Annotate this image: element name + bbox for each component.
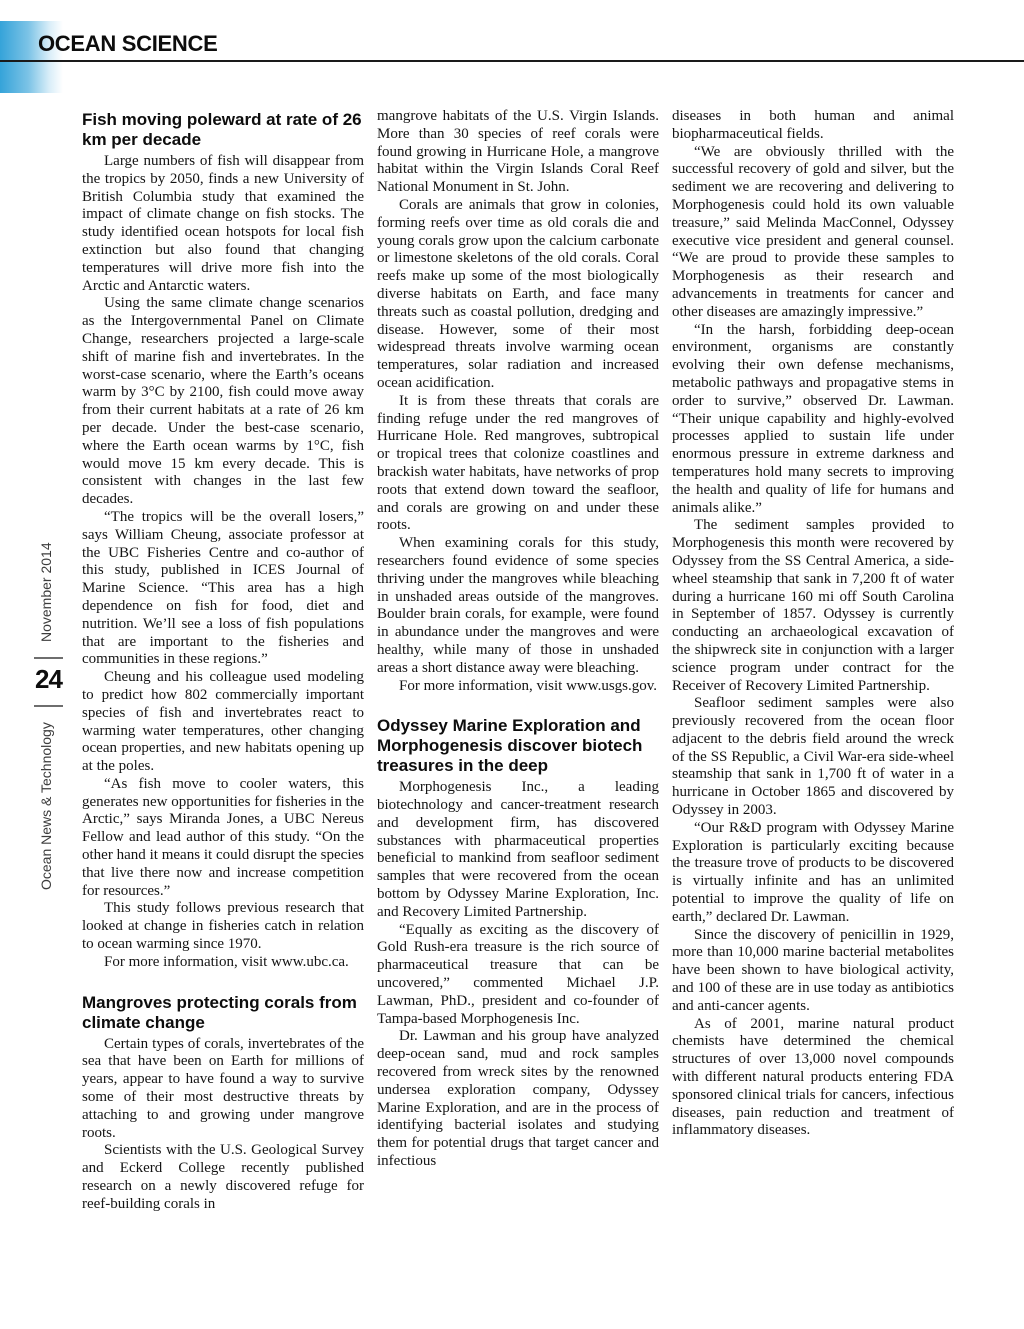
article-paragraph: As of 2001, marine natural product chemi… xyxy=(672,1016,954,1141)
text-column-2: mangrove habitats of the U.S. Virgin Isl… xyxy=(377,108,659,1214)
article-heading: Fish moving poleward at rate of 26 km pe… xyxy=(82,110,364,150)
article-paragraph: “The tropics will be the overall losers,… xyxy=(82,509,364,669)
article-paragraph: When examining corals for this study, re… xyxy=(377,535,659,677)
publication-name: Ocean News & Technology xyxy=(38,716,54,896)
article-paragraph: Large numbers of fish will disappear fro… xyxy=(82,153,364,295)
article-paragraph: For more information, visit www.ubc.ca. xyxy=(82,954,364,972)
text-column-1: Fish moving poleward at rate of 26 km pe… xyxy=(82,108,364,1214)
article-paragraph: Scientists with the U.S. Geological Surv… xyxy=(82,1142,364,1213)
rail-divider-top xyxy=(34,657,63,659)
article-heading: Mangroves protecting corals from climate… xyxy=(82,993,364,1033)
article-paragraph: mangrove habitats of the U.S. Virgin Isl… xyxy=(377,108,659,197)
article-paragraph: Morphogenesis Inc., a leading biotechnol… xyxy=(377,779,659,921)
article-paragraph: Corals are animals that grow in colonies… xyxy=(377,197,659,393)
article-paragraph: “As fish move to cooler waters, this gen… xyxy=(82,776,364,901)
article-paragraph: diseases in both human and animal biopha… xyxy=(672,108,954,144)
article-paragraph: For more information, visit www.usgs.gov… xyxy=(377,678,659,696)
sidebar-rail: November 2014 24 Ocean News & Technology xyxy=(0,0,80,1329)
article-paragraph: “In the harsh, forbidding deep-ocean env… xyxy=(672,322,954,518)
article-paragraph: Dr. Lawman and his group have analyzed d… xyxy=(377,1028,659,1170)
issue-date: November 2014 xyxy=(38,538,54,646)
article-paragraph: “We are obviously thrilled with the succ… xyxy=(672,144,954,322)
page-number: 24 xyxy=(31,664,66,695)
article-paragraph: Seafloor sediment samples were also prev… xyxy=(672,695,954,820)
article-paragraph: The sediment samples provided to Morphog… xyxy=(672,517,954,695)
article-paragraph: “Our R&D program with Odyssey Marine Exp… xyxy=(672,820,954,927)
text-column-3: diseases in both human and animal biopha… xyxy=(672,108,954,1214)
article-paragraph: Cheung and his colleague used modeling t… xyxy=(82,669,364,776)
article-paragraph: This study follows previous research tha… xyxy=(82,900,364,953)
article-heading: Odyssey Marine Exploration and Morphogen… xyxy=(377,716,659,776)
header-rule xyxy=(0,60,1024,62)
article-columns: Fish moving poleward at rate of 26 km pe… xyxy=(82,108,955,1214)
article-paragraph: Certain types of corals, invertebrates o… xyxy=(82,1036,364,1143)
article-paragraph: “Equally as exciting as the discovery of… xyxy=(377,922,659,1029)
article-paragraph: It is from these threats that corals are… xyxy=(377,393,659,535)
rail-divider-bottom xyxy=(34,705,63,707)
article-paragraph: Using the same climate change scenarios … xyxy=(82,295,364,509)
article-paragraph: Since the discovery of penicillin in 192… xyxy=(672,927,954,1016)
